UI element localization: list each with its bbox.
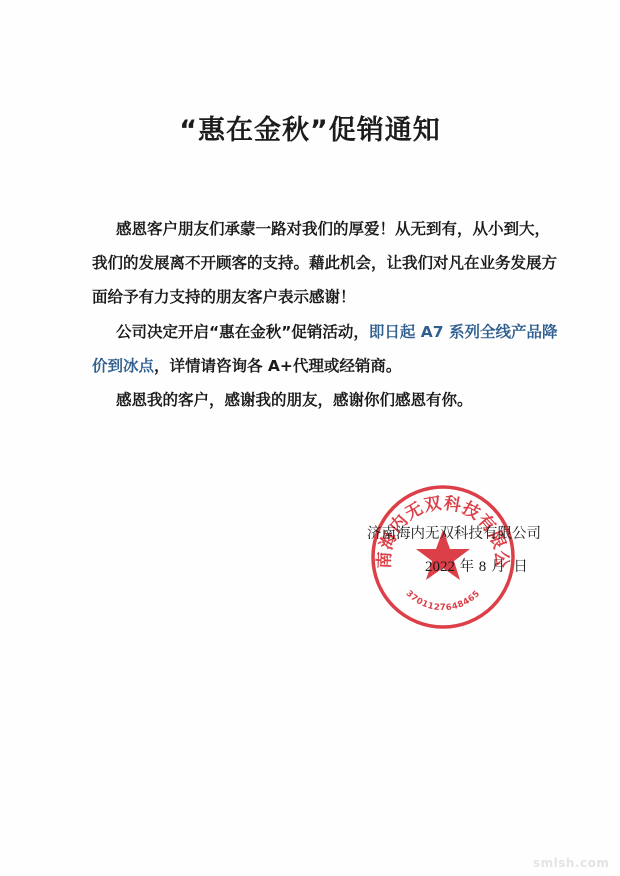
date-year-unit: 年 xyxy=(460,559,475,575)
paragraph-line: 感恩客户朋友们承蒙一路对我们的厚爱！从无到有，从小到大， xyxy=(92,212,552,246)
date-day-unit: 日 xyxy=(513,559,528,575)
paragraph-line: 我们的发展离不开顾客的支持。藉此机会，让我们对凡在业务发展方 xyxy=(92,246,552,280)
watermark: smlsh.com xyxy=(533,856,609,870)
date-month-unit: 月 xyxy=(491,559,506,575)
paragraph-line: 价到冰点，详情请咨询各 A+代理或经销商。 xyxy=(92,349,552,383)
svg-text:3701127648465: 3701127648465 xyxy=(404,589,483,613)
page-title: “惠在金秋”促销通知 xyxy=(0,108,620,147)
paragraph-line: 感恩我的客户，感谢我的朋友，感谢你们感恩有你。 xyxy=(92,383,552,417)
date-month: 8 xyxy=(479,559,487,575)
paragraph-promotion: 公司决定开启“惠在金秋”促销活动，即日起 A7 系列全线产品降 价到冰点，详情请… xyxy=(92,315,552,383)
promo-text: ，详情请咨询各 A+代理或经销商。 xyxy=(154,357,401,375)
signature-company: 济南海内无双科技有限公司 xyxy=(367,522,541,543)
date-year: 2022 xyxy=(425,559,455,575)
promo-highlight: 价到冰点 xyxy=(92,357,154,375)
promo-highlight: 即日起 A7 系列全线产品降 xyxy=(369,323,558,341)
signature-date: 2022 年 8 月日 xyxy=(425,555,528,576)
promo-text: 公司决定开启“惠在金秋”促销活动， xyxy=(116,323,369,341)
paragraph-line: 公司决定开启“惠在金秋”促销活动，即日起 A7 系列全线产品降 xyxy=(92,315,552,349)
paragraph-gratitude: 感恩客户朋友们承蒙一路对我们的厚爱！从无到有，从小到大， 我们的发展离不开顾客的… xyxy=(92,212,552,314)
document-page: “惠在金秋”促销通知 感恩客户朋友们承蒙一路对我们的厚爱！从无到有，从小到大， … xyxy=(0,0,620,876)
paragraph-line: 面给予有力支持的朋友客户表示感谢！ xyxy=(92,280,552,314)
paragraph-closing: 感恩我的客户，感谢我的朋友，感谢你们感恩有你。 xyxy=(92,383,552,417)
